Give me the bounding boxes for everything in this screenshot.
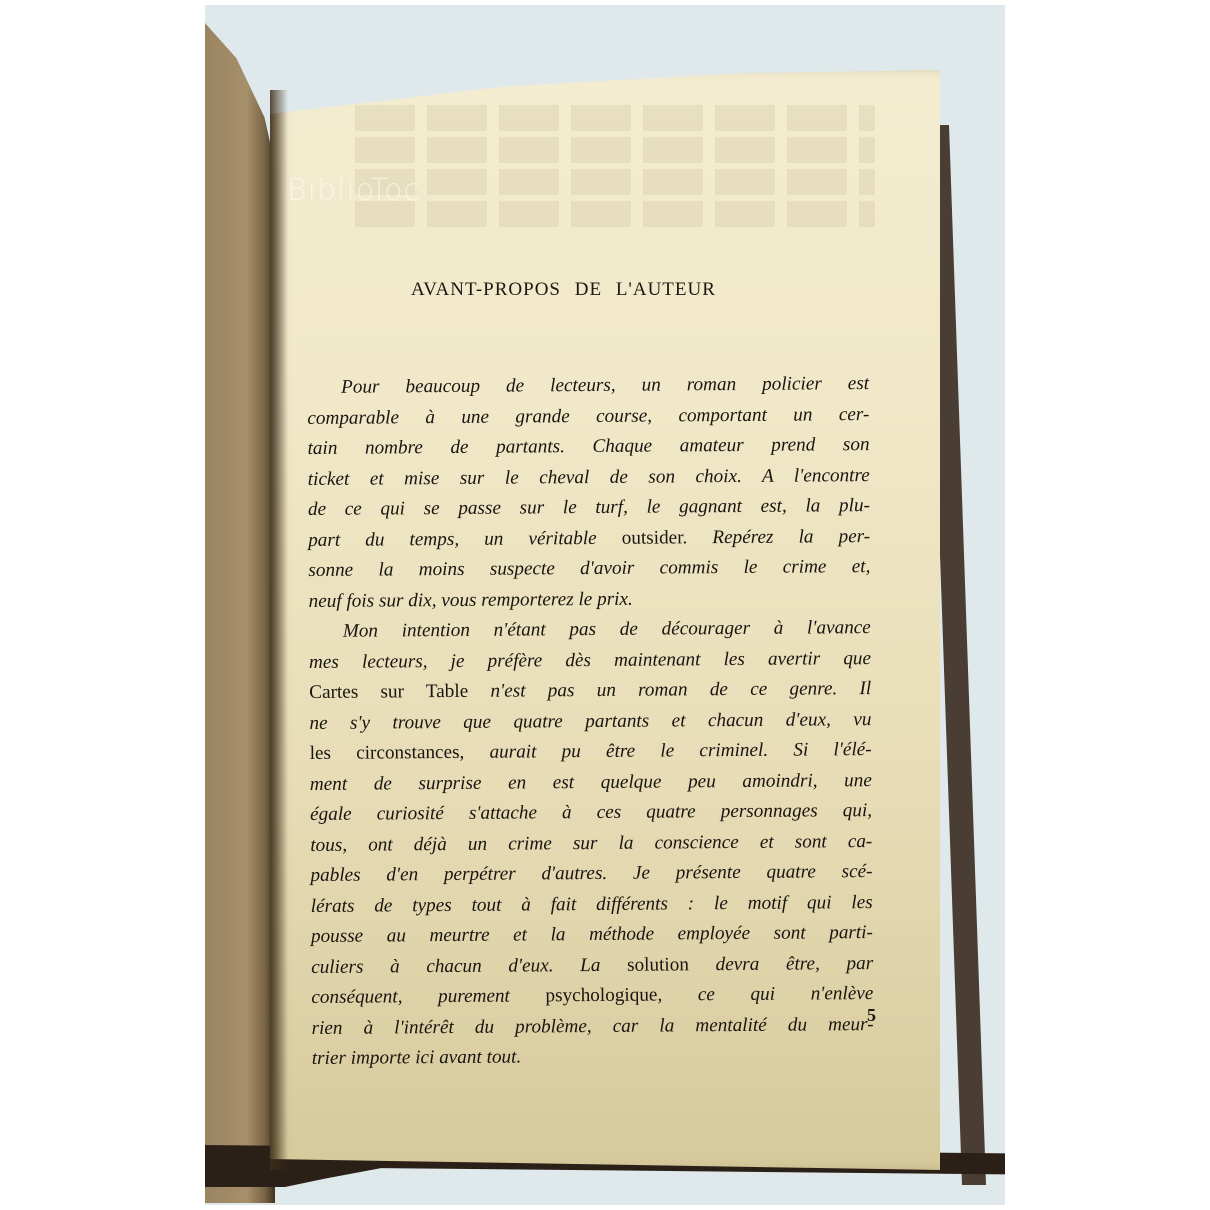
- text-line: tous, ont déjà un crime sur la conscienc…: [310, 827, 872, 861]
- text-line: comparable à une grande course, comporta…: [307, 400, 869, 434]
- watermark: BiblioToc: [287, 173, 421, 208]
- text-line: égale curiosité s'attache à ces quatre p…: [310, 796, 872, 830]
- book-photo: BiblioToc AVANT-PROPOS DE L'AUTEUR Pour …: [205, 5, 1005, 1205]
- text-line: culiers à chacun d'eux. La solution devr…: [311, 949, 873, 983]
- gutter-shadow: [270, 90, 288, 1170]
- text-line: lérats de types tout à fait différents :…: [311, 888, 873, 922]
- text-line: part du temps, un véritable outsider. Re…: [308, 522, 870, 556]
- body-text: Pour beaucoup de lecteurs, un roman poli…: [307, 369, 874, 1074]
- page-number: 5: [867, 1005, 876, 1026]
- text-line: conséquent, purement psychologique, ce q…: [311, 979, 873, 1013]
- text-line: pables d'en perpétrer d'autres. Je prése…: [310, 857, 872, 891]
- left-page-edge: [205, 23, 275, 1203]
- text-line: trier importe ici avant tout.: [312, 1040, 874, 1074]
- text-line: ticket et mise sur le cheval de son choi…: [308, 461, 870, 495]
- text-line: rien à l'intérêt du problème, car la men…: [311, 1010, 873, 1044]
- text-line: sonne la moins suspecte d'avoir commis l…: [308, 552, 870, 586]
- text-line: Pour beaucoup de lecteurs, un roman poli…: [307, 369, 869, 403]
- text-line: Mon intention n'étant pas de décourager …: [309, 613, 871, 647]
- text-line: neuf fois sur dix, vous remporterez le p…: [308, 583, 870, 617]
- chapter-heading: AVANT-PROPOS DE L'AUTEUR: [411, 279, 716, 301]
- text-line: Cartes sur Table n'est pas un roman de c…: [309, 674, 871, 708]
- text-line: pousse au meurtre et la méthode employée…: [311, 918, 873, 952]
- text-line: de ce qui se passe sur le turf, le gagna…: [308, 491, 870, 525]
- text-line: les circonstances, aurait pu être le cri…: [310, 735, 872, 769]
- text-line: tain nombre de partants. Chaque amateur …: [307, 430, 869, 464]
- text-line: ment de surprise en est quelque peu amoi…: [310, 766, 872, 800]
- text-line: mes lecteurs, je préfère dès maintenant …: [309, 644, 871, 678]
- text-line: ne s'y trouve que quatre partants et cha…: [309, 705, 871, 739]
- show-through-text: [355, 105, 875, 233]
